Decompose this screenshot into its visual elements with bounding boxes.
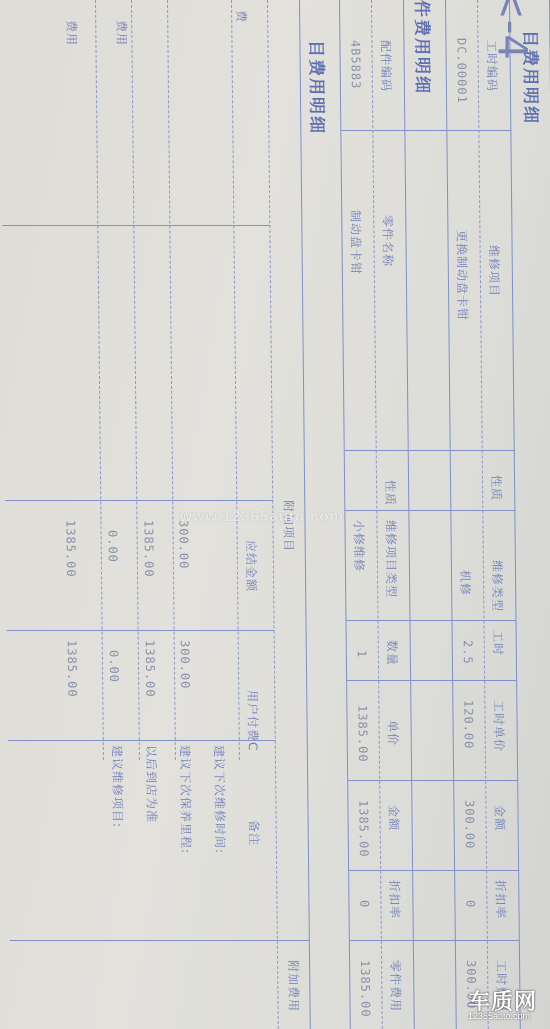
rule	[445, 0, 457, 1029]
column-divider	[350, 940, 520, 941]
rule	[95, 0, 104, 760]
summary-parts-billed: 1385.00	[141, 520, 156, 578]
parts-header-amount: 金额	[385, 805, 402, 831]
summary-col-paid: 用户付费C	[244, 690, 262, 751]
column-divider	[341, 130, 511, 131]
remarks-header: 备注	[246, 820, 263, 846]
remark-store-note: 以后到店为准	[143, 745, 161, 823]
summary-labor-paid: 300.00	[178, 640, 193, 689]
logo-url: 12365auto.com	[468, 1011, 530, 1021]
summary-extra-paid: 0.00	[107, 650, 121, 683]
labor-header-hours: 工时	[490, 630, 507, 656]
summary-row-label: 费	[233, 10, 250, 23]
column-divider	[5, 500, 273, 501]
labor-header-unit-price: 工时单价	[490, 700, 508, 752]
rule	[131, 0, 140, 760]
labor-row-discount: 0	[463, 900, 477, 908]
parts-header-nature: 性质	[382, 480, 399, 506]
parts-header-discount: 折扣率	[386, 880, 403, 919]
labor-header-discount: 折扣率	[492, 880, 509, 919]
handwritten-mark: <-4	[488, 0, 534, 60]
parts-row-amount: 1385.00	[356, 800, 371, 858]
labor-row-code: DC.00001	[454, 38, 469, 104]
rule	[403, 0, 415, 1029]
summary-total-paid: 1385.00	[65, 640, 80, 698]
rule	[371, 0, 383, 1029]
parts-row-code: 4B5883	[348, 40, 363, 89]
rule	[231, 0, 240, 760]
column-divider	[347, 680, 517, 681]
column-divider	[346, 620, 516, 621]
labor-row-item: 更换制动盘卡钳	[453, 230, 471, 321]
summary-row-label: 费用	[63, 20, 80, 46]
labor-header-nature: 性质	[488, 475, 505, 501]
summary-row-label: 费用	[113, 20, 130, 46]
labor-row-amount: 300.00	[462, 800, 477, 849]
labor-row-type: 机修	[457, 570, 474, 596]
parts-row-name: 制动盘卡钳	[347, 210, 365, 275]
extra-header-fee: 附加费用	[285, 960, 303, 1012]
extra-section-title: 目费用明细	[305, 40, 331, 135]
column-divider	[8, 740, 276, 741]
parts-row-discount: 0	[357, 900, 371, 908]
parts-header-type: 维修项目类型	[382, 520, 400, 598]
parts-header-qty: 数量	[384, 640, 401, 666]
column-divider	[2, 225, 270, 226]
invoice-photo: 目费用明细 工时编码 维修项目 性质 维修类型 工时 工时单价 金额 折扣率 工…	[0, 0, 550, 1029]
rule	[167, 0, 176, 760]
labor-header-type: 维修类型	[489, 560, 507, 612]
parts-row-type: 小修维修	[350, 520, 368, 572]
remark-next-mileage: 建议下次保养里程:	[177, 745, 195, 854]
parts-header-code: 配件编码	[377, 40, 395, 92]
rule	[509, 0, 521, 1029]
labor-header-amount: 金额	[491, 805, 508, 831]
parts-header-name: 零件名称	[379, 215, 397, 267]
column-divider	[10, 940, 310, 941]
column-divider	[345, 510, 515, 511]
parts-row-unit-price: 1385.00	[355, 705, 370, 763]
parts-header-unit-price: 单价	[385, 720, 402, 746]
labor-header-item: 维修项目	[486, 245, 504, 297]
parts-row-fee: 1385.00	[358, 960, 373, 1018]
labor-row-unit-price: 120.00	[461, 700, 476, 749]
column-divider	[345, 450, 515, 451]
parts-section-title: 件费用明细	[411, 0, 437, 95]
labor-row-hours: 2.5	[461, 640, 475, 665]
column-divider	[348, 780, 518, 781]
parts-row-qty: 1	[355, 650, 369, 658]
rule	[477, 0, 489, 1029]
summary-total-billed: 1385.00	[63, 520, 78, 578]
column-divider	[7, 630, 275, 631]
remark-next-service: 建议下次维修时间:	[211, 745, 229, 854]
summary-parts-paid: 1385.00	[143, 640, 158, 698]
summary-extra-billed: 0.00	[106, 530, 120, 563]
remark-suggested-items: 建议维修项目:	[109, 745, 127, 828]
summary-labor-billed: 300.00	[176, 520, 191, 569]
summary-col-billed: 应结金额	[243, 540, 261, 592]
parts-header-fee: 零件费用	[387, 960, 405, 1012]
column-divider	[349, 870, 519, 871]
watermark: www.12365auto.com	[180, 508, 344, 525]
site-logo: 车质网 12365auto.com	[468, 983, 544, 1025]
